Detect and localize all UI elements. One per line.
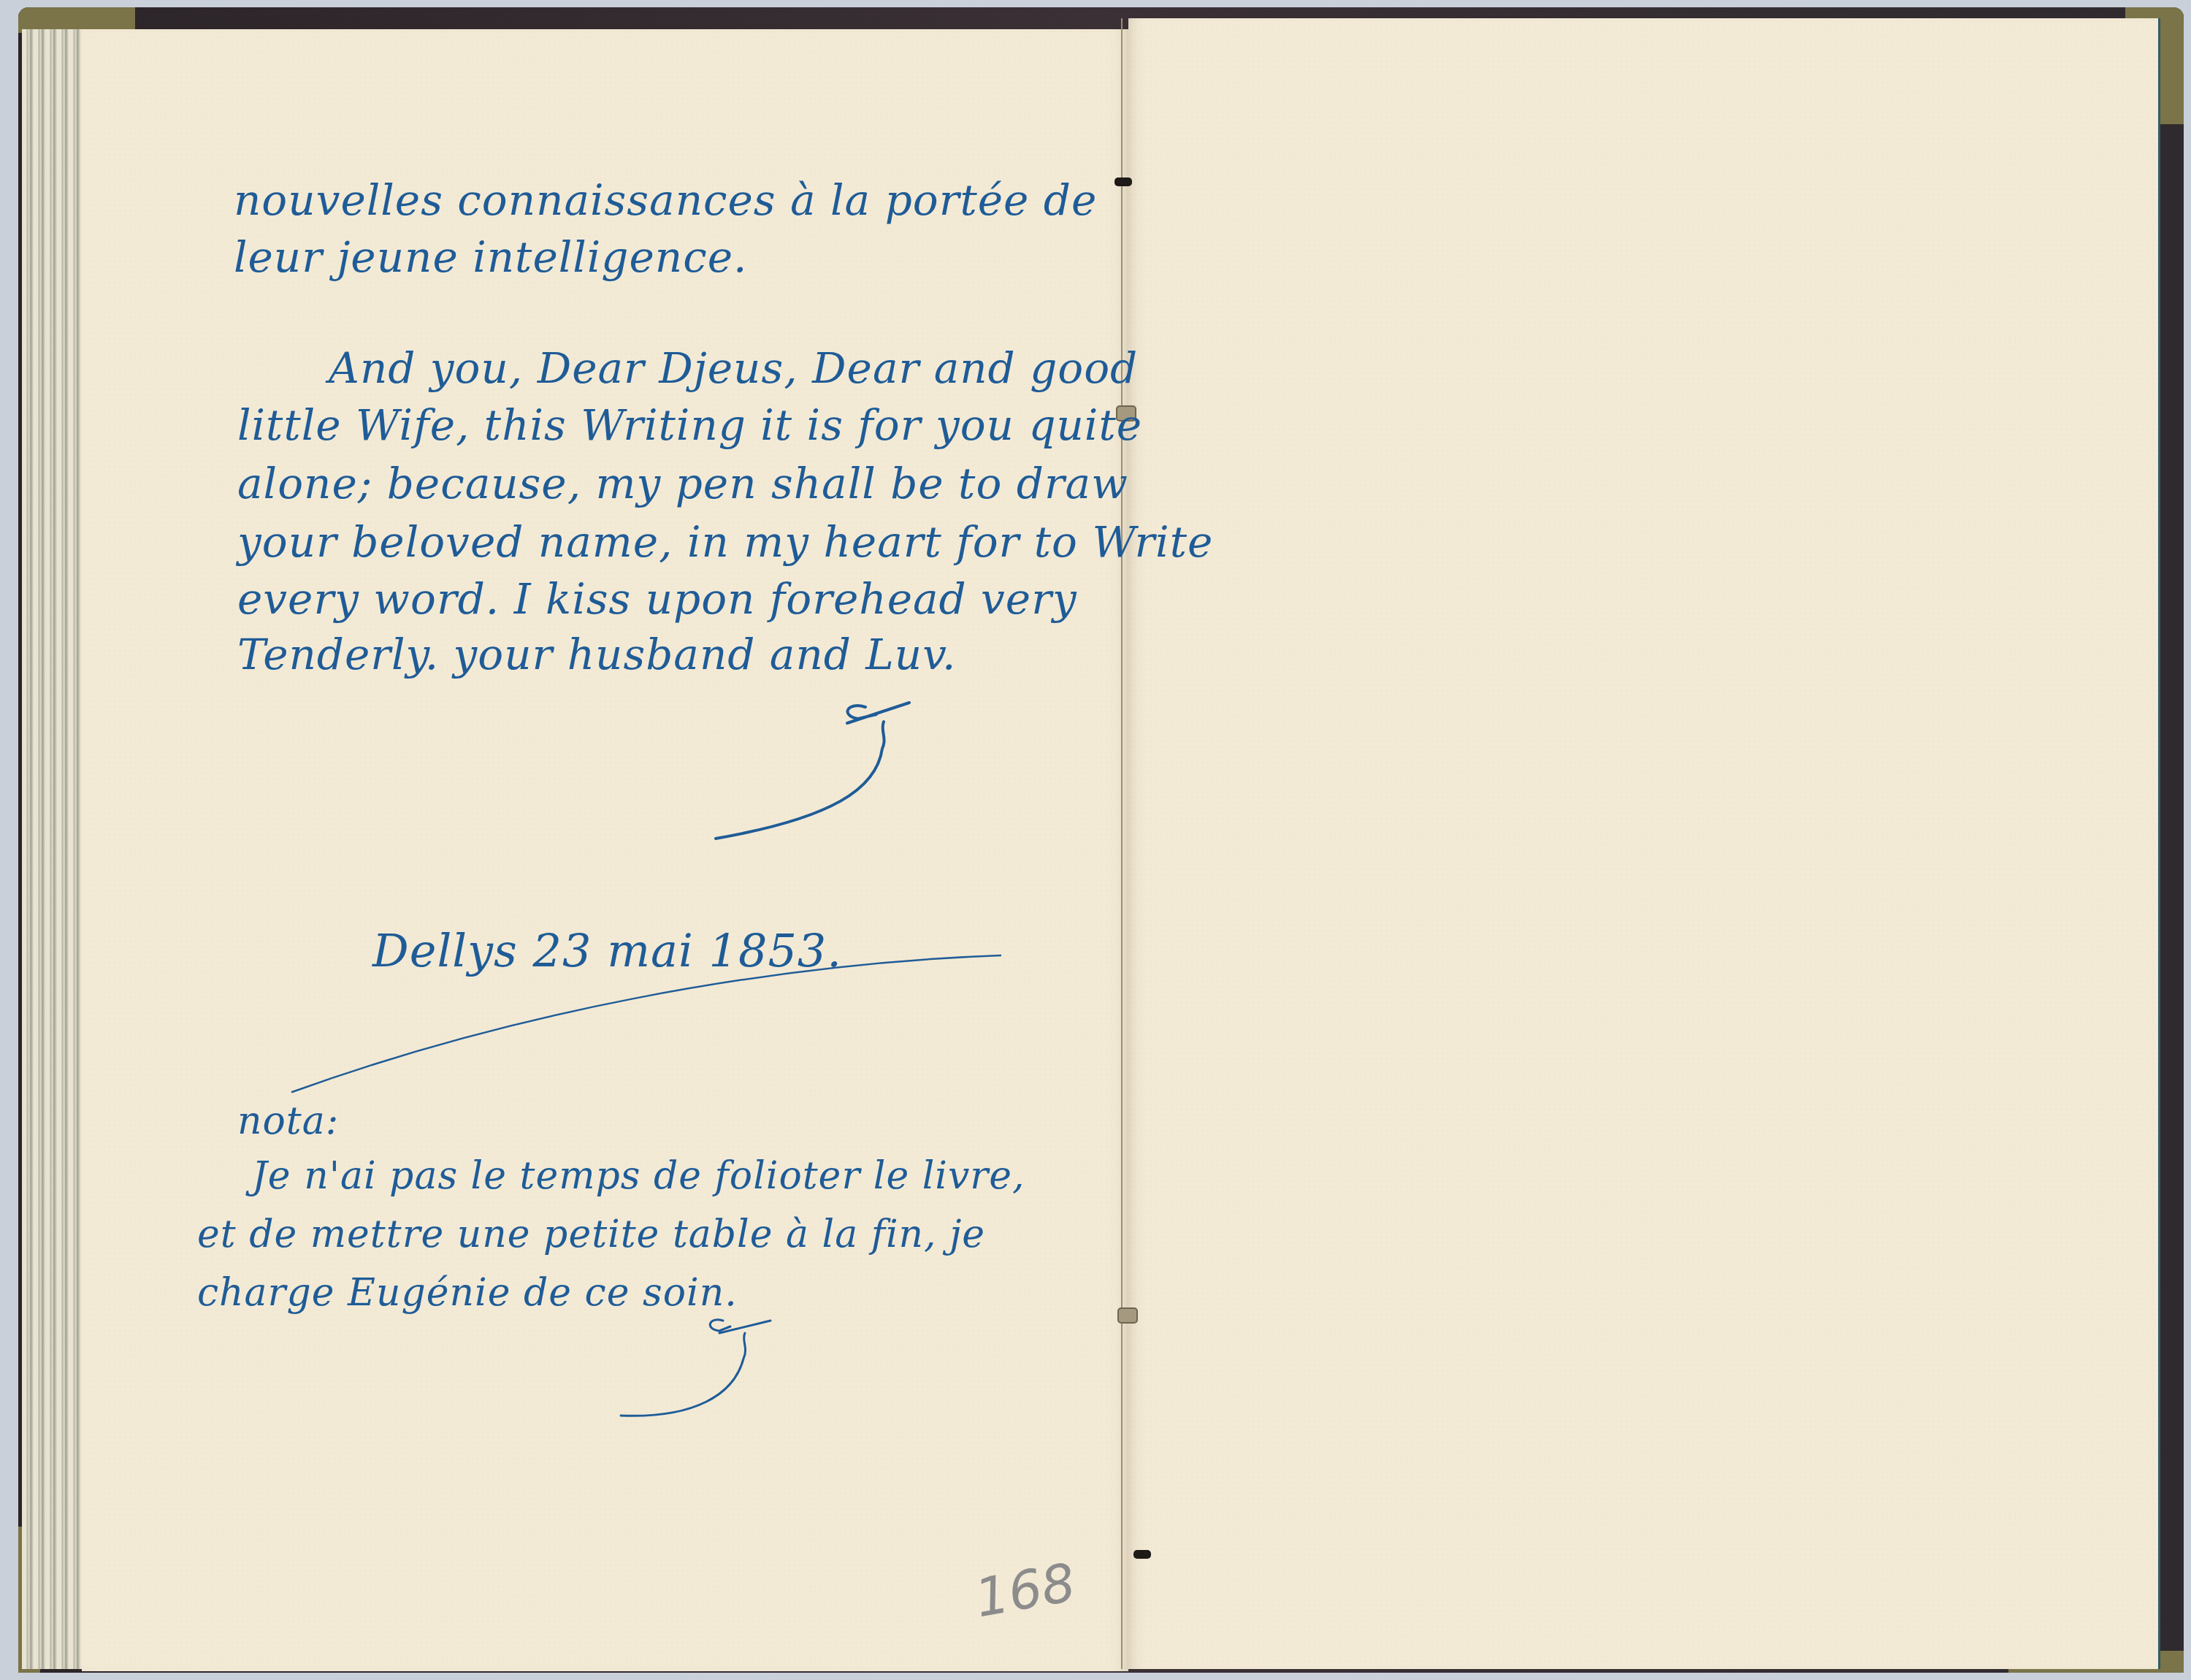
signature-paraph-icon xyxy=(599,1300,818,1432)
text-line: little Wife, this Writing it is for you … xyxy=(237,400,1142,450)
flourish-underline-icon xyxy=(285,950,1015,1096)
text-line: every word. I kiss upon forehead very xyxy=(237,574,1077,624)
note-label: nota: xyxy=(237,1099,339,1143)
text-line: et de mettre une petite table à la fin, … xyxy=(197,1213,985,1256)
signature-paraph-icon xyxy=(701,687,949,847)
page-block-edge xyxy=(22,29,82,1669)
binding-stitch xyxy=(1133,1550,1151,1559)
text-line: And you, Dear Djeus, Dear and good xyxy=(329,343,1138,393)
text-line: Tenderly. your husband and Luv. xyxy=(237,630,957,679)
text-line: nouvelles connaissances à la portée de xyxy=(234,175,1097,225)
text-line: Je n'ai pas le temps de folioter le livr… xyxy=(252,1154,1025,1198)
text-line: alone; because, my pen shall be to draw xyxy=(237,459,1128,508)
text-line: your beloved name, in my heart for to Wr… xyxy=(237,517,1213,567)
right-page xyxy=(1128,18,2160,1669)
binding-stitch xyxy=(1114,177,1132,186)
text-line: leur jeune intelligence. xyxy=(234,232,747,282)
binding-stitch xyxy=(1117,1307,1138,1324)
gutter-fold xyxy=(1121,18,1123,1669)
